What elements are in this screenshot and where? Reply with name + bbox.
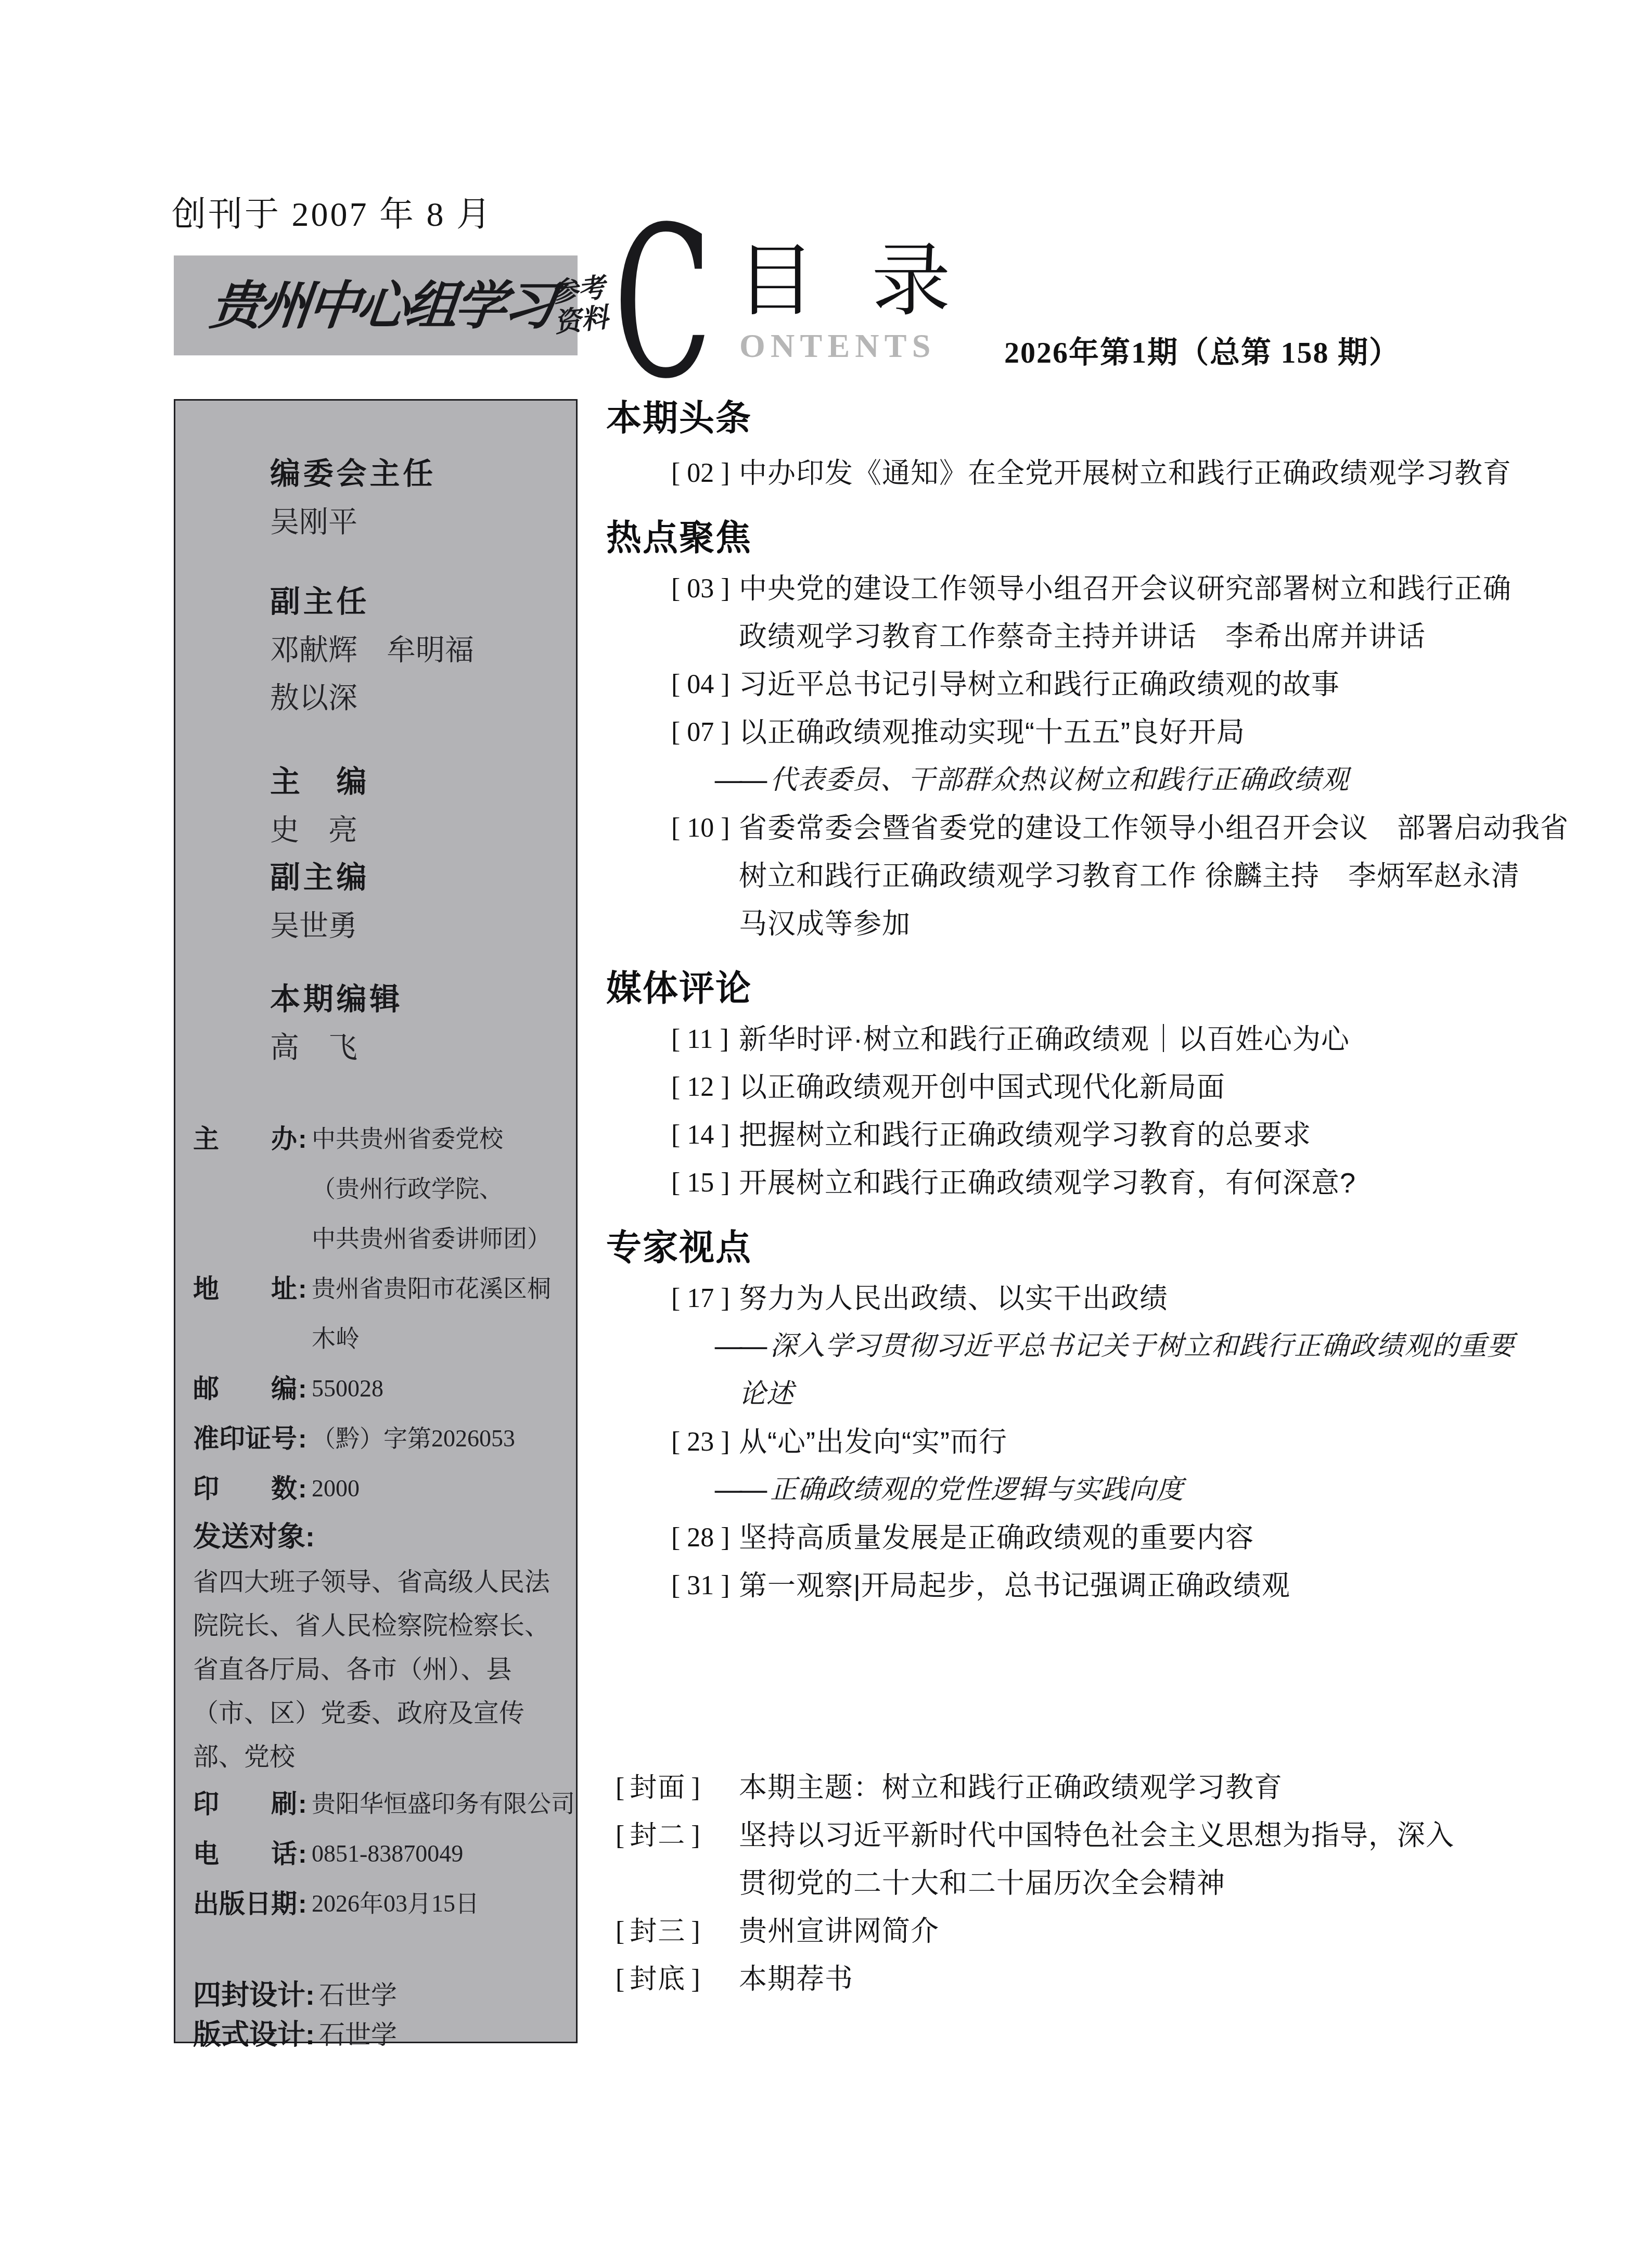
item-subtitle: 论述 bbox=[739, 1370, 1626, 1418]
pub-colon: : bbox=[298, 1779, 312, 1829]
toc-item: [12] 以正确政绩观开创中国式现代化新局面 bbox=[606, 1064, 1626, 1111]
logo-suffix: 参考 资料 bbox=[549, 273, 610, 339]
pub-value: （黔）字第2026053 bbox=[312, 1414, 515, 1464]
toc-item-continuation: 树立和践行正确政绩观学习教育工作 徐麟主持 李炳军赵永清 bbox=[606, 852, 1626, 900]
cover-title: 贵州宣讲网简介 bbox=[739, 1907, 1626, 1956]
magazine-contents-page: 创刊于 2007 年 8 月 贵州中心组学习 参考 资料 C 目录 ONTENT… bbox=[0, 0, 1652, 2242]
item-title: 以正确政绩观推动实现“十五五”良好开局 bbox=[739, 709, 1626, 757]
design-label: 四封设计 bbox=[193, 1976, 305, 2015]
staff-label: 副主任 bbox=[270, 578, 558, 626]
page-number: 23 bbox=[687, 1427, 714, 1457]
cover-bracket: [封底] bbox=[606, 1955, 739, 2004]
cover-row: [封三] 贵州宣讲网简介 bbox=[606, 1907, 1626, 1955]
pub-label: 地 址 bbox=[193, 1264, 298, 1314]
toc-item: [07] 以正确政绩观推动实现“十五五”良好开局 bbox=[606, 709, 1626, 757]
item-title: 新华时评·树立和践行正确政绩观｜以百姓心为心 bbox=[739, 1016, 1626, 1064]
cover-row-continuation: 贯彻党的二十大和二十届历次全会精神 bbox=[606, 1860, 1626, 1907]
item-title: 坚持高质量发展是正确政绩观的重要内容 bbox=[739, 1514, 1626, 1562]
design-label: 版式设计 bbox=[193, 2015, 305, 2055]
dash: —— bbox=[715, 765, 770, 795]
page-number-bracket: [15] bbox=[606, 1159, 739, 1207]
page-number-bracket: [23] bbox=[606, 1418, 739, 1466]
cover-label: 封二 bbox=[630, 1821, 686, 1851]
audience-line: （市、区）党委、政府及宣传 bbox=[193, 1692, 558, 1735]
page-number-bracket: [17] bbox=[606, 1275, 739, 1323]
founding-note: 创刊于 2007 年 8 月 bbox=[172, 186, 493, 236]
cover-row: [封面] 本期主题：树立和践行正确政绩观学习教育 bbox=[606, 1764, 1626, 1812]
audience-line: 省四大班子领导、省高级人民法 bbox=[193, 1560, 558, 1604]
item-title: 政绩观学习教育工作蔡奇主持并讲话 李希出席并讲话 bbox=[739, 613, 1626, 661]
page-number: 10 bbox=[687, 813, 714, 843]
pub-label: 出版日期 bbox=[193, 1879, 298, 1929]
pub-label: 邮 编 bbox=[193, 1364, 298, 1414]
item-title: 中办印发《通知》在全党开展树立和践行正确政绩观学习教育 bbox=[739, 450, 1626, 497]
staff-name: 敖以深 bbox=[270, 674, 558, 722]
page-number-bracket: [03] bbox=[606, 565, 739, 613]
page-number: 31 bbox=[687, 1571, 714, 1600]
pub-colon: : bbox=[298, 1414, 312, 1464]
page-number: 15 bbox=[687, 1168, 714, 1198]
page-number-bracket: [02] bbox=[606, 450, 739, 497]
page-number: 11 bbox=[687, 1024, 713, 1054]
toc-item: [15] 开展树立和践行正确政绩观学习教育，有何深意? bbox=[606, 1159, 1626, 1207]
design-value: 石世学 bbox=[319, 1976, 397, 2015]
logo-calligraphy: 贵州中心组学习 bbox=[208, 279, 556, 331]
pub-label: 印 刷 bbox=[193, 1779, 298, 1829]
audience-label: 发送对象: bbox=[193, 1514, 558, 1560]
dash: —— bbox=[715, 1331, 770, 1361]
design-row: 四封设计: 石世学 bbox=[193, 1976, 558, 2015]
pub-colon: : bbox=[298, 1114, 312, 1164]
contents-big-letter: C bbox=[613, 227, 712, 381]
page-number: 28 bbox=[687, 1523, 714, 1553]
pub-label: 印 数 bbox=[193, 1464, 298, 1514]
pub-value: 贵州省贵阳市花溪区桐 木岭 bbox=[312, 1264, 551, 1364]
pub-row: 出版日期: 2026年03月15日 bbox=[193, 1879, 558, 1929]
item-title: 习近平总书记引导树立和践行正确政绩观的故事 bbox=[739, 661, 1626, 709]
design-row: 版式设计: 石世学 bbox=[193, 2015, 558, 2055]
section-heading: 本期头条 bbox=[606, 395, 1626, 450]
item-title: 以正确政绩观开创中国式现代化新局面 bbox=[739, 1064, 1626, 1111]
page-number: 17 bbox=[687, 1284, 714, 1313]
toc-item: [11] 新华时评·树立和践行正确政绩观｜以百姓心为心 bbox=[606, 1016, 1626, 1064]
audience-line: 部、党校 bbox=[193, 1735, 558, 1779]
pub-value: 0851-83870049 bbox=[312, 1829, 463, 1879]
pub-row: 准印证号: （黔）字第2026053 bbox=[193, 1414, 558, 1464]
pub-value: 550028 bbox=[312, 1364, 383, 1414]
toc-item-subtitle: ——正确政绩观的党性逻辑与实践向度 bbox=[606, 1466, 1626, 1514]
section-heading: 媒体评论 bbox=[606, 948, 1626, 1016]
page-number: 14 bbox=[687, 1120, 714, 1150]
page-number-bracket: [11] bbox=[606, 1016, 739, 1064]
toc-item-subtitle-continuation: 论述 bbox=[606, 1370, 1626, 1418]
section-heading: 热点聚焦 bbox=[606, 497, 1626, 565]
staff-name: 吴刚平 bbox=[270, 498, 558, 546]
toc-item: [23] 从“心”出发向“实”而行 bbox=[606, 1418, 1626, 1466]
pub-colon: : bbox=[298, 1264, 312, 1314]
design-value: 石世学 bbox=[319, 2015, 397, 2055]
cover-bracket: [封面] bbox=[606, 1764, 739, 1812]
pub-value: 贵阳华恒盛印务有限公司 bbox=[312, 1779, 575, 1829]
page-number: 02 bbox=[687, 458, 714, 488]
toc-item: [04] 习近平总书记引导树立和践行正确政绩观的故事 bbox=[606, 661, 1626, 709]
cover-row: [封二] 坚持以习近平新时代中国特色社会主义思想为指导，深入 bbox=[606, 1812, 1626, 1860]
staff-name: 高 飞 bbox=[270, 1023, 558, 1071]
item-title: 树立和践行正确政绩观学习教育工作 徐麟主持 李炳军赵永清 bbox=[739, 852, 1626, 900]
audience-block: 发送对象: 省四大班子领导、省高级人民法 院院长、省人民检察院检察长、 省直各厅… bbox=[193, 1514, 558, 1779]
cover-bracket: [封二] bbox=[606, 1812, 739, 1860]
toc-item: [03] 中央党的建设工作领导小组召开会议研究部署树立和践行正确 bbox=[606, 565, 1626, 613]
toc-column: 本期头条 [02] 中办印发《通知》在全党开展树立和践行正确政绩观学习教育 热点… bbox=[606, 395, 1626, 2003]
cover-title: 贯彻党的二十大和二十届历次全会精神 bbox=[739, 1860, 1626, 1907]
page-number: 04 bbox=[687, 670, 714, 699]
pub-label: 电 话 bbox=[193, 1829, 298, 1879]
cover-row: [封底] 本期荐书 bbox=[606, 1955, 1626, 2003]
item-subtitle: 深入学习贯彻习近平总书记关于树立和践行正确政绩观的重要 bbox=[770, 1331, 1515, 1361]
section-heading: 专家视点 bbox=[606, 1207, 1626, 1275]
sidebar-panel: 编委会主任 吴刚平 副主任 邓献辉 牟明福 敖以深 主 编 史 亮 副主编 吴世… bbox=[174, 399, 578, 2043]
contents-title-en: ONTENTS bbox=[739, 327, 936, 365]
cover-label: 封底 bbox=[630, 1964, 686, 1994]
pub-colon: : bbox=[298, 1364, 312, 1414]
item-title: 从“心”出发向“实”而行 bbox=[739, 1418, 1626, 1466]
staff-block: 编委会主任 吴刚平 副主任 邓献辉 牟明福 敖以深 主 编 史 亮 副主编 吴世… bbox=[270, 450, 558, 1071]
toc-item: [10] 省委常委会暨省委党的建设工作领导小组召开会议 部署启动我省 bbox=[606, 804, 1626, 852]
toc-item: [02] 中办印发《通知》在全党开展树立和践行正确政绩观学习教育 bbox=[606, 450, 1626, 497]
pub-row: 地 址: 贵州省贵阳市花溪区桐 木岭 bbox=[193, 1264, 558, 1364]
toc-item: [28] 坚持高质量发展是正确政绩观的重要内容 bbox=[606, 1514, 1626, 1562]
pub-row: 邮 编: 550028 bbox=[193, 1364, 558, 1414]
cover-title: 本期荐书 bbox=[739, 1955, 1626, 2004]
audience-line: 院院长、省人民检察院检察长、 bbox=[193, 1604, 558, 1648]
staff-label: 主 编 bbox=[270, 758, 558, 806]
staff-name: 邓献辉 牟明福 bbox=[270, 626, 558, 674]
magazine-masthead: 贵州中心组学习 参考 资料 bbox=[174, 255, 578, 355]
item-title: 把握树立和践行正确政绩观学习教育的总要求 bbox=[739, 1111, 1626, 1159]
page-number-bracket: [07] bbox=[606, 709, 739, 757]
item-title: 马汉成等参加 bbox=[739, 900, 1626, 948]
issue-info: 2026年第1期（总第 158 期） bbox=[1004, 328, 1400, 371]
page-number-bracket: [28] bbox=[606, 1514, 739, 1562]
item-title: 努力为人民出政绩、以实干出政绩 bbox=[739, 1275, 1626, 1323]
cover-title: 本期主题：树立和践行正确政绩观学习教育 bbox=[739, 1764, 1626, 1812]
item-title: 第一观察|开局起步，总书记强调正确政绩观 bbox=[739, 1562, 1626, 1610]
staff-label: 本期编辑 bbox=[270, 976, 558, 1023]
page-number: 07 bbox=[687, 718, 714, 747]
toc-item: [14] 把握树立和践行正确政绩观学习教育的总要求 bbox=[606, 1111, 1626, 1159]
item-title: 中央党的建设工作领导小组召开会议研究部署树立和践行正确 bbox=[739, 565, 1626, 613]
cover-title: 坚持以习近平新时代中国特色社会主义思想为指导，深入 bbox=[739, 1812, 1626, 1860]
pub-row: 印 刷: 贵阳华恒盛印务有限公司 bbox=[193, 1779, 558, 1829]
logo-suffix-bottom: 资料 bbox=[553, 303, 610, 339]
pub-value: 2026年03月15日 bbox=[312, 1879, 479, 1929]
pub-label: 主 办 bbox=[193, 1114, 298, 1164]
page-number: 12 bbox=[687, 1072, 714, 1102]
toc-item: [17] 努力为人民出政绩、以实干出政绩 bbox=[606, 1275, 1626, 1323]
item-subtitle: 代表委员、干部群众热议树立和践行正确政绩观 bbox=[770, 765, 1349, 795]
dash: —— bbox=[715, 1475, 770, 1505]
cover-label: 封面 bbox=[630, 1773, 686, 1803]
staff-label: 副主编 bbox=[270, 854, 558, 902]
item-subtitle: 正确政绩观的党性逻辑与实践向度 bbox=[770, 1475, 1184, 1505]
pub-row: 印 数: 2000 bbox=[193, 1464, 558, 1514]
page-number-bracket: [14] bbox=[606, 1111, 739, 1159]
toc-item-continuation: 马汉成等参加 bbox=[606, 900, 1626, 948]
pub-label: 准印证号 bbox=[193, 1414, 298, 1464]
pub-row: 主 办: 中共贵州省委党校 （贵州行政学院、 中共贵州省委讲师团） bbox=[193, 1114, 558, 1264]
staff-label: 编委会主任 bbox=[270, 450, 558, 498]
covers-block: [封面] 本期主题：树立和践行正确政绩观学习教育 [封二] 坚持以习近平新时代中… bbox=[606, 1764, 1626, 2003]
toc-item: [31] 第一观察|开局起步，总书记强调正确政绩观 bbox=[606, 1562, 1626, 1610]
pub-colon: : bbox=[298, 1829, 312, 1879]
pub-value: 2000 bbox=[312, 1464, 360, 1514]
cover-label: 封三 bbox=[630, 1916, 686, 1946]
item-title: 开展树立和践行正确政绩观学习教育，有何深意? bbox=[739, 1159, 1626, 1207]
staff-name: 史 亮 bbox=[270, 806, 558, 854]
cover-bracket: [封三] bbox=[606, 1907, 739, 1956]
pub-colon: : bbox=[298, 1464, 312, 1514]
contents-title-cn: 目录 bbox=[736, 241, 1007, 321]
pub-colon: : bbox=[298, 1879, 312, 1929]
pub-value: 中共贵州省委党校 （贵州行政学院、 中共贵州省委讲师团） bbox=[312, 1114, 551, 1264]
page-number-bracket: [10] bbox=[606, 804, 739, 852]
contents-header: C 目录 ONTENTS 2026年第1期（总第 158 期） bbox=[606, 224, 1626, 401]
item-title: 省委常委会暨省委党的建设工作领导小组召开会议 部署启动我省 bbox=[739, 804, 1626, 852]
page-number-bracket: [12] bbox=[606, 1064, 739, 1111]
page-number-bracket: [04] bbox=[606, 661, 739, 709]
toc-item-subtitle: ——代表委员、干部群众热议树立和践行正确政绩观 bbox=[606, 757, 1626, 804]
staff-name: 吴世勇 bbox=[270, 902, 558, 950]
page-number-bracket: [31] bbox=[606, 1562, 739, 1610]
page-number: 03 bbox=[687, 574, 714, 604]
pub-row: 电 话: 0851-83870049 bbox=[193, 1829, 558, 1879]
toc-item-continuation: 政绩观学习教育工作蔡奇主持并讲话 李希出席并讲话 bbox=[606, 613, 1626, 661]
audience-line: 省直各厅局、各市（州）、县 bbox=[193, 1648, 558, 1692]
toc-item-subtitle: ——深入学习贯彻习近平总书记关于树立和践行正确政绩观的重要 bbox=[606, 1323, 1626, 1370]
